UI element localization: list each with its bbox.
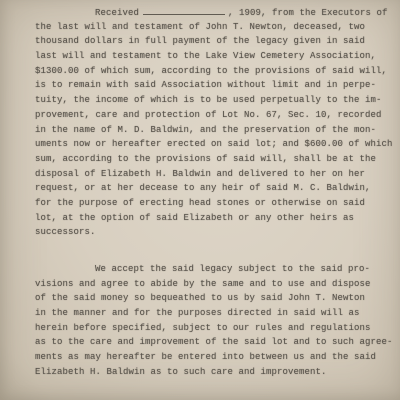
document-line: ments as may hereafter be entered into b…: [35, 350, 375, 365]
document-line: We accept the said legacy subject to the…: [35, 262, 375, 277]
typewritten-text-block: Received, 1909, from the Executors of th…: [35, 5, 375, 380]
acceptance-paragraph: We accept the said legacy subject to the…: [35, 262, 375, 380]
received-date-line: Received, 1909, from the Executors of: [35, 5, 375, 20]
document-line: for the purpose of erecting head stones …: [35, 196, 375, 211]
date-blank-underline: [143, 5, 225, 15]
document-line: the last will and testament of John T. N…: [35, 20, 375, 35]
scanned-paper-page: Received, 1909, from the Executors of th…: [0, 0, 400, 400]
document-line: in the manner and for the purposes direc…: [35, 306, 375, 321]
document-line: tuity, the income of which is to be used…: [35, 93, 375, 108]
received-line-suffix: , 1909, from the Executors of: [228, 8, 388, 18]
document-line: Elizabeth H. Baldwin as to such care and…: [35, 365, 375, 380]
document-line: last will and testament to the Lake View…: [35, 49, 375, 64]
document-line: $1300.00 of which sum, according to the …: [35, 64, 375, 79]
document-line: is to remain with said Association witho…: [35, 78, 375, 93]
acceptance-paragraph-lines: We accept the said legacy subject to the…: [35, 262, 375, 380]
document-line: herein before specified, subject to our …: [35, 321, 375, 336]
document-line: request, or at her decease to any heir o…: [35, 181, 375, 196]
document-line: thousand dollars in full payment of the …: [35, 34, 375, 49]
document-line: successors.: [35, 225, 375, 240]
document-line: in the name of M. D. Baldwin, and the pr…: [35, 123, 375, 138]
receipt-paragraph-lines: the last will and testament of John T. N…: [35, 20, 375, 240]
received-label: Received: [95, 8, 139, 18]
document-line: uments now or hereafter erected on said …: [35, 137, 375, 152]
document-line: lot, at the option of said Elizabeth or …: [35, 211, 375, 226]
document-line: sum, according to the provisions of said…: [35, 152, 375, 167]
document-line: of the said money so bequeathed to us by…: [35, 291, 375, 306]
document-line: as to the care and improvement of the sa…: [35, 335, 375, 350]
receipt-paragraph: Received, 1909, from the Executors of th…: [35, 5, 375, 240]
document-line: disposal of Elizabeth H. Baldwin and del…: [35, 167, 375, 182]
document-line: provement, care and protection of Lot No…: [35, 108, 375, 123]
document-line: visions and agree to abide by the same a…: [35, 277, 375, 292]
